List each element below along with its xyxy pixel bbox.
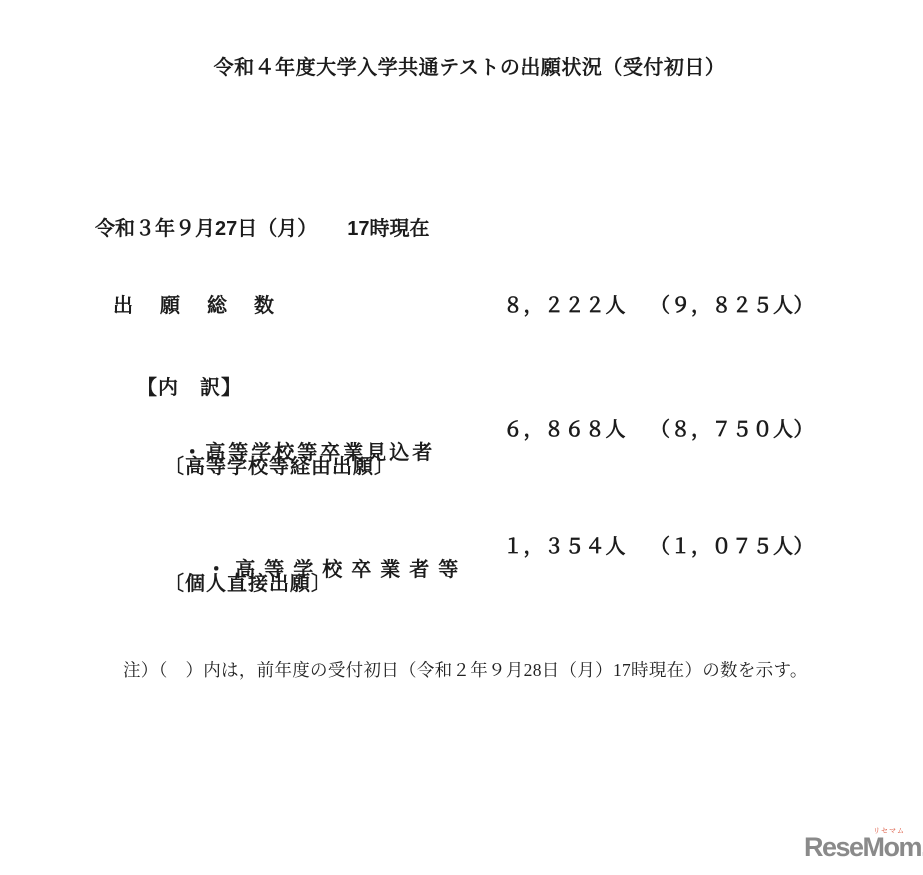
page-title: 令和４年度大学入学共通テストの出願状況（受付初日） xyxy=(0,57,923,80)
resemom-wordmark: ReseMom. xyxy=(804,834,923,861)
breakdown-item-graduates-sublabel: 〔個人直接出願〕 xyxy=(164,573,332,596)
total-applicants-value: ８，２２２人 xyxy=(503,295,626,318)
resemom-logo: リセマム ReseMom. xyxy=(804,831,919,871)
graduating-students-value: ６，８６８人 xyxy=(503,419,626,442)
date-line: 令和３年９月27日（月） 17時現在 xyxy=(95,218,430,241)
breakdown-heading: 【内 訳】 xyxy=(137,377,242,400)
graduates-value: １，３５４人 xyxy=(503,536,626,559)
total-applicants-label: 出 願 総 数 xyxy=(113,295,278,318)
total-applicants-prev-value: （９，８２５人） xyxy=(650,295,814,318)
graduates-prev-value: （１，０７５人） xyxy=(650,536,814,559)
breakdown-item-graduating-students-sublabel: 〔高等学校等経由出願〕 xyxy=(164,456,395,479)
graduating-students-prev-value: （８，７５０人） xyxy=(650,419,814,442)
document-page: 令和４年度大学入学共通テストの出願状況（受付初日） 令和３年９月27日（月） 1… xyxy=(0,0,923,875)
footnote: 注）（ ）内は，前年度の受付初日（令和２年９月28日（月）17時現在）の数を示す… xyxy=(123,657,808,682)
